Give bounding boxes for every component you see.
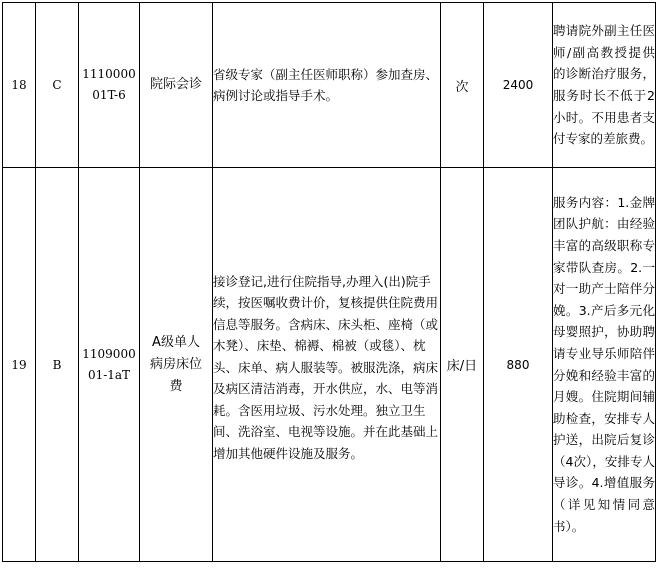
seq-cell: 19 — [3, 168, 36, 562]
fee-schedule-table: 18 C 1110000 01T-6 院际会诊 省级专家（副主任医师职称）参加查… — [2, 2, 656, 562]
price-cell: 880 — [484, 168, 553, 562]
table-row: 19 B 1109000 01-1aT A级单人病房床位费 接诊登记,进行住院指… — [3, 168, 656, 562]
content-cell: 省级专家（副主任医师职称）参加查房、病例讨论或指导手术。 — [213, 3, 441, 168]
item-name-cell: A级单人病房床位费 — [140, 168, 213, 562]
code-line-2: 01T-6 — [79, 85, 139, 106]
category-cell: C — [36, 3, 79, 168]
category-cell: B — [36, 168, 79, 562]
content-text: 省级专家（副主任医师职称）参加查房、病例讨论或指导手术。 — [213, 64, 440, 107]
note-cell: 聘请院外副主任医师/副高教授提供的诊断治疗服务，服务时长不低于2小时。不用患者支… — [553, 3, 656, 168]
item-name: A级单人病房床位费 — [146, 332, 206, 398]
seq-cell: 18 — [3, 3, 36, 168]
code-line-2: 01-1aT — [79, 365, 139, 386]
unit-cell: 床/日 — [441, 168, 484, 562]
code-cell: 1109000 01-1aT — [79, 168, 140, 562]
code-line-1: 1109000 — [79, 344, 139, 365]
unit-cell: 次 — [441, 3, 484, 168]
note-cell: 服务内容：1.金牌团队护航：由经验丰富的高级职称专家带队查房。2.一对一助产士陪… — [553, 168, 656, 562]
item-name-cell: 院际会诊 — [140, 3, 213, 168]
content-text: 接诊登记,进行住院指导,办理入(出)院手续，按医嘱收费计价，复核提供住院费用信息… — [213, 265, 440, 465]
table-row: 18 C 1110000 01T-6 院际会诊 省级专家（副主任医师职称）参加查… — [3, 3, 656, 168]
code-cell: 1110000 01T-6 — [79, 3, 140, 168]
item-name: 院际会诊 — [146, 74, 206, 96]
code-line-1: 1110000 — [79, 64, 139, 85]
content-cell: 接诊登记,进行住院指导,办理入(出)院手续，按医嘱收费计价，复核提供住院费用信息… — [213, 168, 441, 562]
price-cell: 2400 — [484, 3, 553, 168]
